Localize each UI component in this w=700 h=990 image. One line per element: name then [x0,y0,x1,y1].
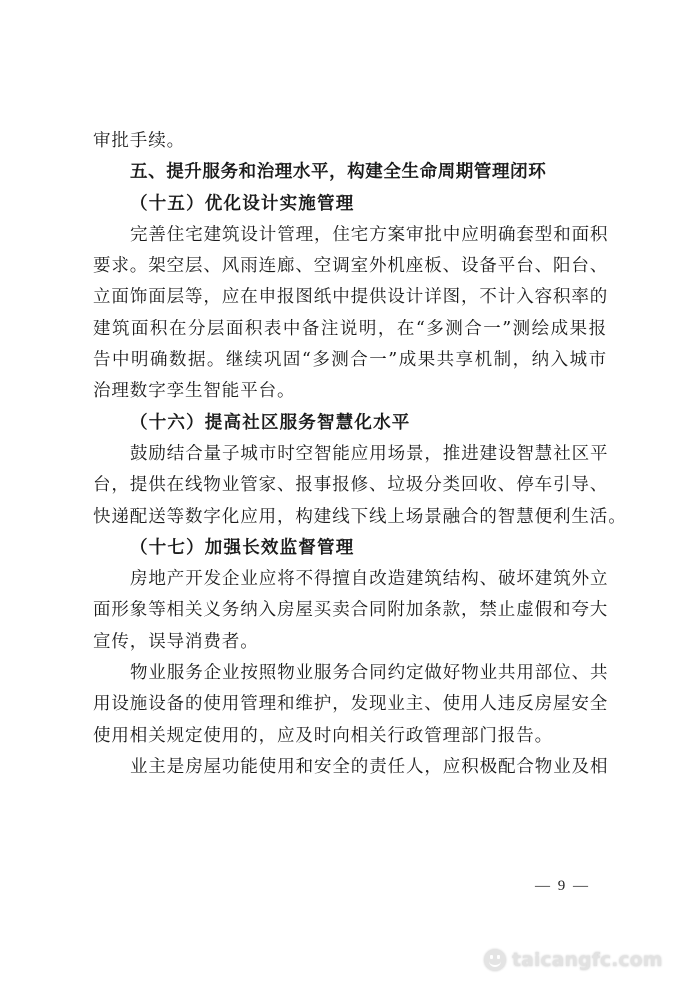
paragraph-first-line: 房地产开发企业应将不得擅自改造建筑结构、破坏建筑外立 [93,564,607,595]
body-text-line: 建筑面积在分层面积表中备注说明，在“多测合一”测绘成果报 [93,314,607,345]
body-text-line: 审批手续。 [93,126,607,157]
subsection-heading: （十七）加强长效监督管理 [93,533,607,564]
body-text-line: 用设施设备的使用管理和维护，发现业主、使用人违反房屋安全 [93,689,607,720]
subsection-heading: （十六）提高社区服务智慧化水平 [93,408,607,439]
smiley-icon [484,949,506,971]
body-text-line: 立面饰面层等，应在申报图纸中提供设计详图，不计入容积率的 [93,282,607,313]
subsection-heading: （十五）优化设计实施管理 [93,189,607,220]
body-text-line: 治理数字孪生智能平台。 [93,376,607,407]
body-text-line: 快递配送等数字化应用，构建线下线上场景融合的智慧便利生活。 [93,502,607,533]
body-text-line: 宣传，误导消费者。 [93,627,607,658]
paragraph-first-line: 鼓励结合量子城市时空智能应用场景，推进建设智慧社区平 [93,439,607,470]
body-text-line: 面形象等相关义务纳入房屋买卖合同附加条款，禁止虚假和夸大 [93,595,607,626]
body-text-line: 要求。架空层、风雨连廊、空调室外机座板、设备平台、阳台、 [93,251,607,282]
paragraph-first-line: 业主是房屋功能使用和安全的责任人，应积极配合物业及相 [93,752,607,783]
body-text-line: 使用相关规定使用的，应及时向相关行政管理部门报告。 [93,721,607,752]
watermark-text: taicangfc.com [512,949,663,971]
watermark: taicangfc.com [484,949,663,971]
paragraph-first-line: 完善住宅建筑设计管理，住宅方案审批中应明确套型和面积 [93,220,607,251]
body-text-line: 告中明确数据。继续巩固“多测合一”成果共享机制，纳入城市 [93,345,607,376]
section-heading: 五、提升服务和治理水平，构建全生命周期管理闭环 [93,157,607,188]
body-text-line: 台，提供在线物业管家、报事报修、垃圾分类回收、停车引导、 [93,470,607,501]
paragraph-first-line: 物业服务企业按照物业服务合同约定做好物业共用部位、共 [93,658,607,689]
page-number: — 9 — [535,878,590,895]
document-page: 审批手续。 五、提升服务和治理水平，构建全生命周期管理闭环 （十五）优化设计实施… [93,126,607,783]
